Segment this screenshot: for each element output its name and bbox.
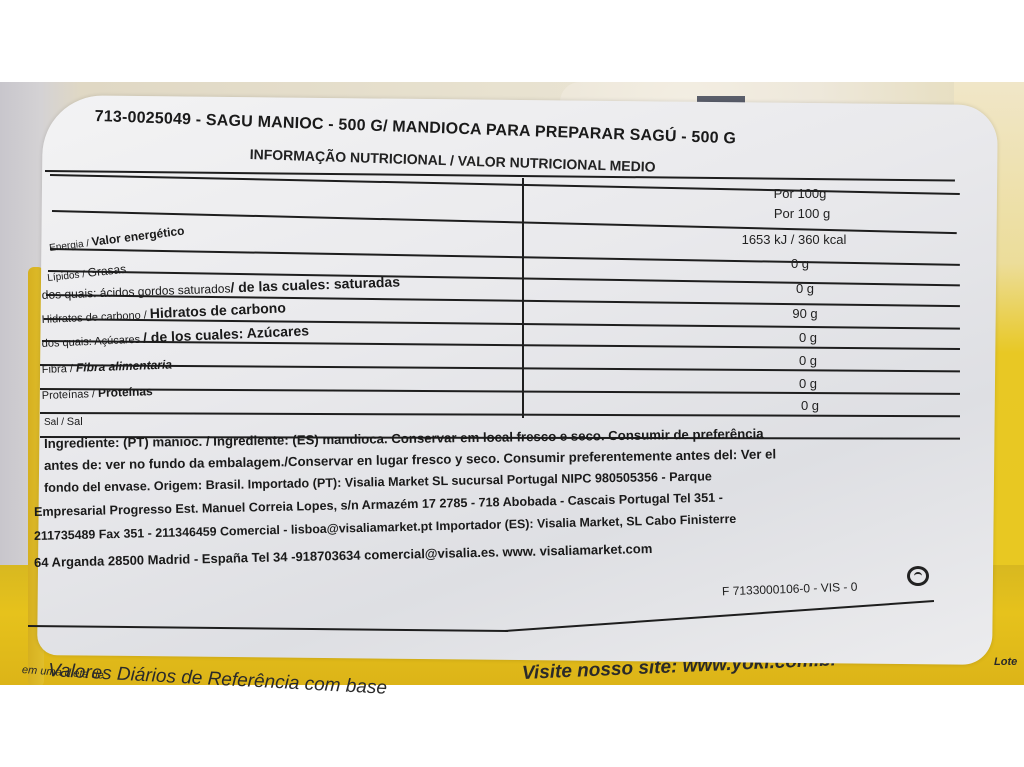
table-column-divider	[522, 178, 524, 418]
nutrition-row-value: 0 g	[740, 398, 880, 413]
nutrition-row-value: 90 g	[735, 306, 875, 321]
nutrition-row-value: 0 g	[738, 353, 878, 368]
nutrition-row-value: 0 g	[738, 376, 878, 391]
nutrition-row-value: 0 g	[735, 281, 875, 296]
green-dot-recycle-icon	[907, 566, 929, 586]
per-100g-header: Por 100g	[730, 186, 870, 201]
nutrition-row-value: 0 g	[738, 330, 878, 345]
per-100g-header-es: Por 100 g	[732, 206, 872, 221]
nutrition-row-value: 1653 kJ / 360 kcal	[724, 232, 864, 247]
nutrition-row-label: Sal / Sal	[44, 414, 83, 428]
package-text-lot: Lote	[994, 656, 1017, 668]
nutrition-row-value: 0 g	[730, 256, 870, 271]
package-lot-text: Lote	[994, 656, 1017, 668]
